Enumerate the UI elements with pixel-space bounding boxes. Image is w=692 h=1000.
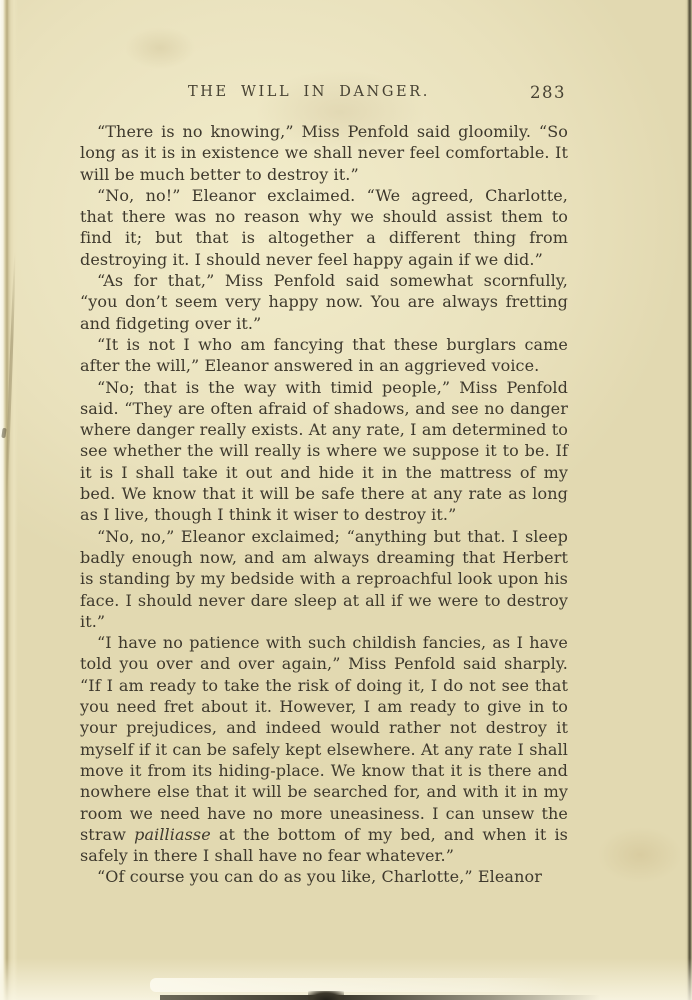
italic-word: pailliasse [134, 825, 211, 844]
book-page-scan: THE WILL IN DANGER. 283 “There is no kno… [0, 0, 692, 1000]
paragraph: “As for that,” Miss Penfold said somewha… [80, 270, 568, 334]
bottom-edge-shadow [160, 995, 600, 1000]
running-title: THE WILL IN DANGER. [80, 84, 538, 100]
paragraph-text: “Of course you can do as you like, Charl… [97, 867, 542, 886]
paragraph: “I have no patience with such childish f… [80, 632, 568, 866]
paragraph-text: “No, no,” Eleanor exclaimed; “anything b… [80, 527, 568, 631]
paragraph: “It is not I who am fancying that these … [80, 334, 568, 377]
paragraph: “No, no,” Eleanor exclaimed; “anything b… [80, 526, 568, 632]
text-block: THE WILL IN DANGER. 283 “There is no kno… [80, 84, 568, 888]
paragraph-text: “No; that is the way with timid people,”… [80, 378, 568, 525]
page-number: 283 [530, 83, 566, 102]
left-page-edge [0, 0, 18, 1000]
paragraph-text: “As for that,” Miss Penfold said somewha… [80, 271, 568, 333]
paragraph-text: “No, no!” Eleanor exclaimed. “We agreed,… [80, 186, 568, 269]
bottom-highlight [150, 978, 570, 992]
running-header: THE WILL IN DANGER. 283 [80, 84, 568, 106]
bottom-edge-shadow-blob [308, 991, 344, 1000]
text-body: “There is no knowing,” Miss Penfold said… [80, 121, 568, 888]
paragraph: “No, no!” Eleanor exclaimed. “We agreed,… [80, 185, 568, 270]
right-page-edge [685, 0, 692, 1000]
paragraph: “There is no knowing,” Miss Penfold said… [80, 121, 568, 185]
paragraph: “No; that is the way with timid people,”… [80, 377, 568, 526]
paragraph-text: “There is no knowing,” Miss Penfold said… [80, 122, 568, 184]
paragraph-text: “I have no patience with such childish f… [80, 633, 568, 844]
paragraph-text: “It is not I who am fancying that these … [80, 335, 568, 375]
paragraph: “Of course you can do as you like, Charl… [80, 866, 568, 887]
